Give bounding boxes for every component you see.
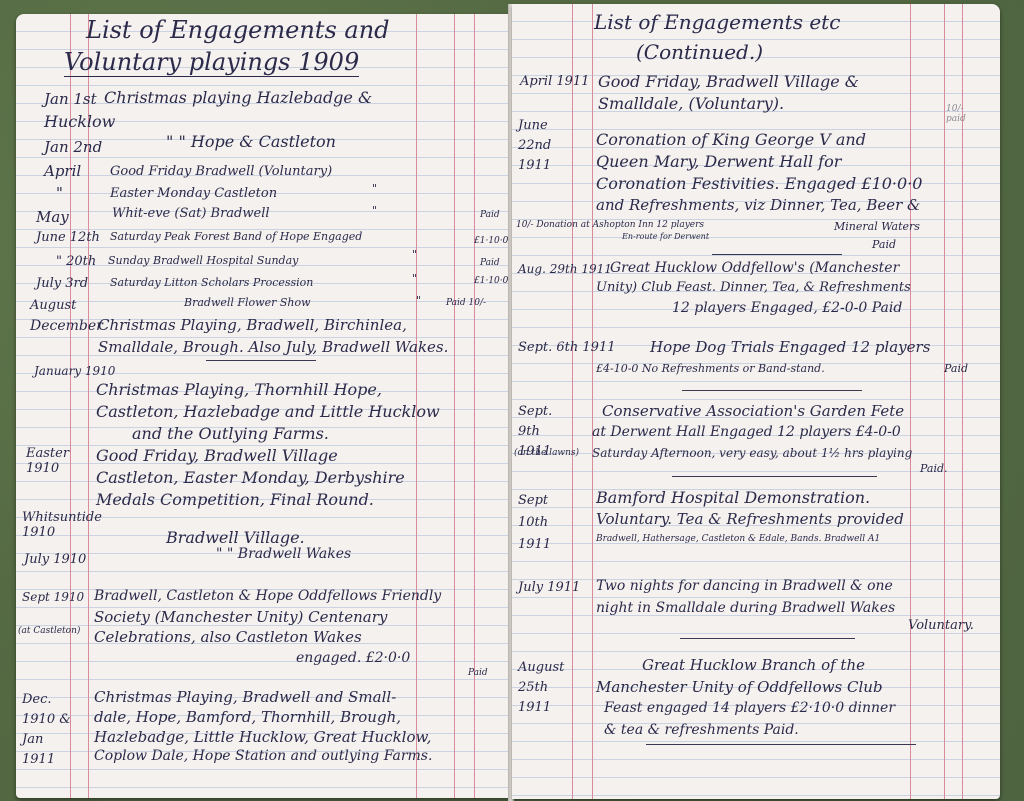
entry-date: Easter 1910	[26, 446, 76, 476]
entry-date: " 20th	[56, 254, 96, 269]
entry-text: Coplow Dale, Hope Station and outlying F…	[94, 748, 432, 764]
paid-note: Paid	[480, 210, 500, 220]
entry-date: June 12th	[36, 230, 100, 245]
donation-note: 10/- Donation at Ashopton Inn 12 players	[516, 220, 704, 230]
entry-date: July 1911	[518, 580, 580, 595]
entry-text: Christmas Playing, Bradwell and Small-	[94, 688, 396, 706]
entry-text: Voluntary. Tea & Refreshments provided	[596, 510, 904, 528]
entry-text: dale, Hope, Bamford, Thornhill, Brough,	[94, 708, 401, 726]
entry-text: Celebrations, also Castleton Wakes	[94, 628, 362, 646]
entry-date: December	[30, 318, 103, 334]
entry-text: Saturday Afternoon, very easy, about 1½ …	[592, 446, 912, 460]
entry-text: Christmas Playing, Thornhill Hope,	[96, 380, 382, 399]
entry-text: Bradwell, Castleton & Hope Oddfellows Fr…	[94, 588, 441, 604]
amount: £1·10·0	[474, 236, 508, 246]
entry-text: Medals Competition, Final Round.	[96, 490, 374, 509]
entry-text: £4-10-0 No Refreshments or Band-stand.	[596, 362, 825, 375]
amount: £1·10·0	[474, 276, 508, 286]
entry-date: June 22nd 1911	[518, 116, 576, 176]
entry-text: Two nights for dancing in Bradwell & one	[596, 578, 893, 594]
entry-text: Christmas Playing, Bradwell, Birchinlea,	[98, 316, 407, 334]
entry-text: Easter Monday Castleton	[110, 186, 277, 201]
entry-text: 12 players Engaged, £2-0-0 Paid	[672, 300, 902, 316]
entry-text: Unity) Club Feast. Dinner, Tea, & Refres…	[596, 280, 911, 295]
entry-text: Christmas playing Hazlebadge &	[104, 88, 372, 107]
entry-text: Good Friday, Bradwell Village	[96, 446, 338, 465]
entry-text: Bradwell Flower Show	[184, 296, 311, 309]
entry-text: Good Friday Bradwell (Voluntary)	[110, 164, 332, 179]
page-title-line1: List of Engagements and	[86, 16, 390, 44]
entry-date: April	[44, 162, 81, 180]
paid-note: Paid	[480, 258, 500, 268]
ditto-mark: "	[372, 182, 377, 195]
entry-date: May	[36, 208, 69, 226]
entry-text: Great Hucklow Branch of the	[642, 656, 865, 674]
entry-text: & tea & refreshments Paid.	[604, 722, 799, 738]
entry-text: Castleton, Hazlebadge and Little Hucklow	[96, 402, 440, 421]
entry-date: January 1910	[34, 364, 115, 378]
entry-text: Good Friday, Bradwell Village &	[598, 72, 859, 91]
entry-date: August 25th 1911	[518, 658, 580, 718]
ditto-mark: "	[412, 248, 417, 261]
entry-date: July 1910	[24, 552, 86, 567]
entry-text: Feast engaged 14 players £2·10·0 dinner	[604, 700, 895, 716]
entry-date: July 3rd	[36, 276, 88, 291]
entry-subnote: (at Castleton)	[18, 626, 80, 636]
amount: Paid 10/-	[446, 298, 486, 308]
entry-text: night in Smalldale during Bradwell Wakes	[596, 600, 895, 616]
entry-text: Smalldale, Brough. Also July, Bradwell W…	[98, 338, 448, 356]
entry-text: and Refreshments, viz Dinner, Tea, Beer …	[596, 196, 920, 214]
ditto-mark: "	[372, 204, 377, 217]
entry-text: Queen Mary, Derwent Hall for	[596, 152, 841, 171]
page-title-line1: List of Engagements etc	[594, 10, 840, 34]
entry-text: Castleton, Easter Monday, Derbyshire	[96, 468, 405, 487]
entry-text: " " Hope & Castleton	[166, 132, 336, 151]
entry-text: Manchester Unity of Oddfellows Club	[596, 678, 883, 696]
paid-note: Paid	[468, 668, 488, 678]
entry-text: Hope Dog Trials Engaged 12 players	[650, 338, 930, 356]
entry-text: Bradwell Village.	[166, 528, 305, 547]
entry-text: Saturday Peak Forest Band of Hope Engage…	[110, 230, 362, 243]
entry-text: engaged. £2·0·0	[296, 650, 410, 666]
entry-text: at Derwent Hall Engaged 12 players £4-0-…	[592, 424, 901, 440]
page-title-line2: (Continued.)	[636, 40, 763, 64]
paid-note: Paid.	[920, 462, 948, 475]
entry-date: "	[56, 184, 63, 202]
entry-date: Sept 1910	[22, 590, 84, 604]
entry-text: Bamford Hospital Demonstration.	[596, 488, 870, 507]
entry-text: Coronation of King George V and	[596, 130, 866, 149]
ditto-mark: "	[416, 294, 421, 307]
entry-text: Coronation Festivities. Engaged £10·0·0	[596, 174, 922, 193]
margin-note: 10/- paid	[946, 104, 976, 124]
right-page: List of Engagements etc (Continued.) Apr…	[512, 4, 1000, 799]
entry-text: Mineral Waters	[834, 220, 920, 233]
ditto-mark: "	[412, 272, 417, 285]
entry-text: Bradwell, Hathersage, Castleton & Edale,…	[596, 534, 880, 544]
entry-date: Aug. 29th 1911	[518, 262, 612, 276]
entry-date: Sept 10th 1911	[518, 490, 570, 556]
entry-date: August	[30, 298, 76, 313]
entry-date: Dec. 1910 & Jan 1911	[22, 690, 78, 770]
entry-text: Sunday Bradwell Hospital Sunday	[108, 254, 298, 267]
paid-note: Paid	[872, 238, 896, 251]
left-page: List of Engagements and Voluntary playin…	[16, 14, 510, 798]
entry-date: Jan 2nd	[44, 138, 102, 156]
donation-subnote: En-route for Derwent	[622, 232, 709, 241]
entry-text: Great Hucklow Oddfellow's (Manchester	[610, 260, 899, 276]
entry-text: Conservative Association's Garden Fete	[602, 402, 904, 420]
page-title-line2: Voluntary playings 1909	[64, 48, 359, 77]
paid-note: Paid	[944, 362, 968, 375]
entry-text: Smalldale, (Voluntary).	[598, 94, 784, 113]
entry-date: Sept. 6th 1911	[518, 340, 616, 355]
entry-text: Hazlebadge, Little Hucklow, Great Hucklo…	[94, 728, 431, 746]
entry-text: Whit-eve (Sat) Bradwell	[112, 206, 270, 221]
entry-date: Whitsuntide 1910	[22, 510, 82, 540]
entry-text: Hucklow	[44, 112, 115, 131]
entry-text: Society (Manchester Unity) Centenary	[94, 608, 387, 626]
entry-text: Voluntary.	[908, 618, 974, 633]
entry-date: Jan 1st	[44, 90, 97, 108]
entry-text: and the Outlying Farms.	[132, 424, 329, 443]
entry-text: Saturday Litton Scholars Procession	[110, 276, 313, 289]
entry-subnote: (on the lawns)	[514, 448, 579, 458]
entry-date: April 1911	[520, 74, 589, 89]
entry-text: " " Bradwell Wakes	[216, 546, 351, 562]
